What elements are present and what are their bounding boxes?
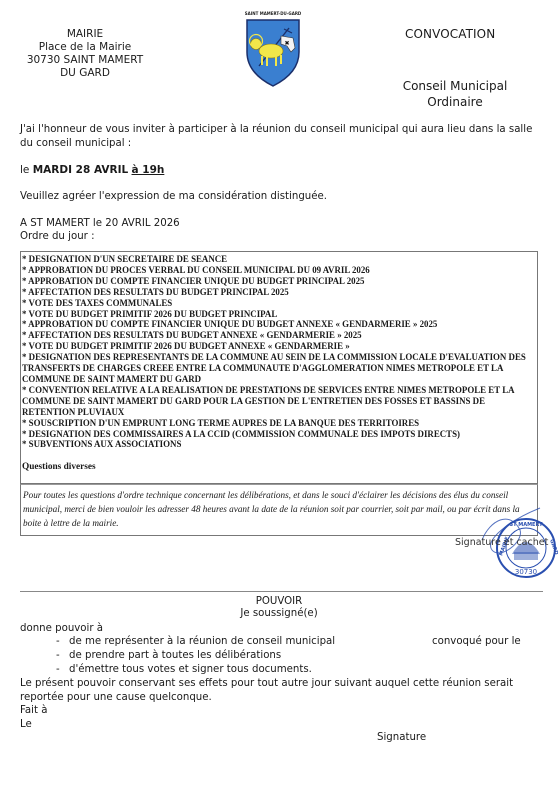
mairie-line: DU GARD: [20, 67, 150, 80]
bullet-text: d'émettre tous votes et signer tous docu…: [69, 664, 312, 675]
agenda-item: * APPROBATION DU COMPTE FINANCIER UNIQUE…: [22, 276, 537, 287]
meeting-date: le MARDI 28 AVRIL à 19h: [20, 164, 164, 176]
mairie-line: MAIRIE: [20, 28, 150, 41]
agenda-label: Ordre du jour :: [20, 230, 180, 243]
agenda-item: * AFFECTATION DES RESULTATS DU BUDGET PR…: [22, 287, 537, 298]
convoque-pour-le: convoqué pour le: [432, 636, 521, 647]
agenda-item: * VOTE DU BUDGET PRIMITIF 2026 DU BUDGET…: [22, 341, 537, 352]
mairie-line: 30730 SAINT MAMERT: [20, 54, 150, 67]
stamp-code: 30730: [515, 568, 537, 576]
agenda-item: * DESIGNATION DES REPRESENTANTS DE LA CO…: [22, 352, 537, 385]
agenda-list: * DESIGNATION D'UN SECRETAIRE DE SEANCE …: [22, 254, 537, 450]
date-le: Le: [20, 719, 32, 730]
technical-note: Pour toutes les questions d'ordre techni…: [23, 488, 535, 530]
coat-of-arms-icon: SAINT MAMERT-DU-GARD ✖: [241, 8, 305, 88]
svg-text:GARD: GARD: [548, 539, 558, 556]
agenda-item: * APPROBATION DU PROCES VERBAL DU CONSEI…: [22, 265, 537, 276]
meeting-type: Conseil Municipal Ordinaire: [370, 78, 540, 110]
mairie-address: MAIRIE Place de la Mairie 30730 SAINT MA…: [20, 28, 150, 80]
bullet-dash: -: [56, 650, 69, 661]
bullet-dash: -: [56, 636, 69, 647]
crest-label: SAINT MAMERT-DU-GARD: [245, 11, 302, 16]
agenda-item: * DESIGNATION DES COMMISSAIRES A LA CCID…: [22, 429, 537, 440]
agenda-item: * VOTE DES TAXES COMMUNALES: [22, 298, 537, 309]
section-divider: [20, 591, 543, 592]
signature-cachet-label: Signature et cachet: [455, 537, 548, 548]
meeting-type-line: Conseil Municipal: [370, 78, 540, 94]
invitation-text: J'ai l'honneur de vous inviter à partici…: [20, 123, 545, 151]
meeting-time: à 19h: [132, 164, 165, 176]
questions-diverses: Questions diverses: [22, 462, 96, 472]
agenda-item: * SUBVENTIONS AUX ASSOCIATIONS: [22, 439, 537, 450]
svg-text:ST MAMERT: ST MAMERT: [509, 522, 543, 528]
closing-regards: Veuillez agréer l'expression de ma consi…: [20, 191, 327, 202]
svg-text:✖: ✖: [284, 40, 289, 47]
bullet-text: de prendre part à toutes les délibératio…: [69, 650, 281, 661]
agenda-item: * APPROBATION DU COMPTE FINANCIER UNIQUE…: [22, 319, 537, 330]
date-prefix: le: [20, 164, 29, 176]
pouvoir-title: POUVOIR: [0, 596, 558, 607]
bullet-dash: -: [56, 664, 69, 675]
issue-place-date: A ST MAMERT le 20 AVRIL 2026: [20, 217, 180, 230]
document-title: CONVOCATION: [405, 27, 495, 41]
signature-label: Signature: [377, 732, 426, 743]
pouvoir-bullet: -de prendre part à toutes les délibérati…: [56, 650, 281, 661]
agenda-item: * AFFECTATION DES RESULTATS DU BUDGET AN…: [22, 330, 537, 341]
fait-a: Fait à: [20, 705, 47, 716]
agenda-item: * SOUSCRIPTION D'UN EMPRUNT LONG TERME A…: [22, 418, 537, 429]
soussigne-line: Je soussigné(e): [0, 608, 558, 619]
agenda-item: * DESIGNATION D'UN SECRETAIRE DE SEANCE: [22, 254, 537, 265]
pouvoir-bullet: -d'émettre tous votes et signer tous doc…: [56, 664, 312, 675]
meeting-day: MARDI 28 AVRIL: [33, 164, 128, 176]
meeting-type-line: Ordinaire: [370, 94, 540, 110]
bullet-text: de me représenter à la réunion de consei…: [69, 636, 335, 647]
pouvoir-validity-text: Le présent pouvoir conservant ses effets…: [20, 677, 545, 704]
place-and-date: A ST MAMERT le 20 AVRIL 2026 Ordre du jo…: [20, 217, 180, 243]
agenda-item: * VOTE DU BUDGET PRIMITIF 2026 DU BUDGET…: [22, 309, 537, 320]
mairie-line: Place de la Mairie: [20, 41, 150, 54]
pouvoir-bullet: -de me représenter à la réunion de conse…: [56, 636, 335, 647]
donne-pouvoir: donne pouvoir à: [20, 623, 103, 634]
agenda-item: * CONVENTION RELATIVE A LA REALISATION D…: [22, 385, 537, 418]
